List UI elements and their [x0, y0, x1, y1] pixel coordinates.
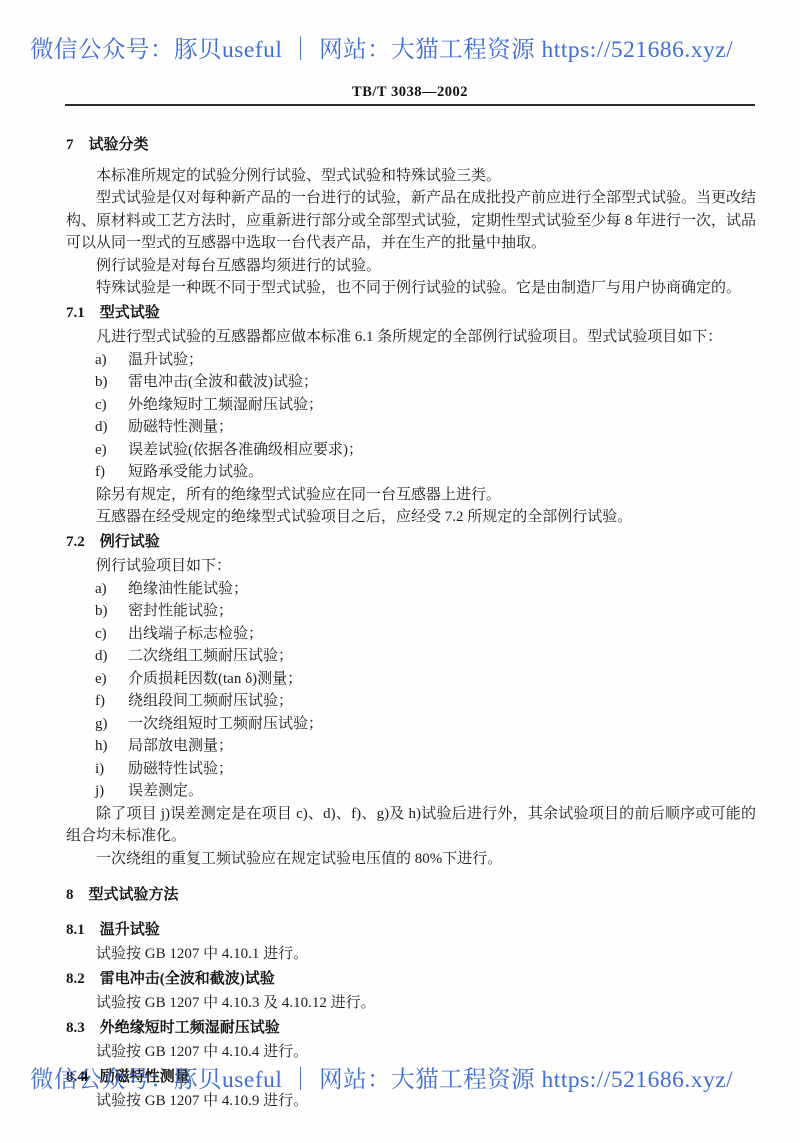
paragraph: 除另有规定，所有的绝缘型式试验应在同一台互感器上进行。: [66, 484, 756, 507]
list-marker: c): [95, 623, 128, 646]
paragraph: 例行试验项目如下：: [66, 555, 756, 578]
section-heading: 8.2 雷电冲击(全波和截波)试验: [66, 968, 756, 991]
list-item: i)励磁特性试验；: [66, 758, 756, 781]
list-marker: b): [95, 371, 128, 394]
section-heading: 7 试验分类: [66, 134, 756, 157]
list-item: a)温升试验；: [66, 349, 756, 372]
section-heading: 7.1 型式试验: [66, 302, 756, 325]
paragraph: 特殊试验是一种既不同于型式试验，也不同于例行试验的试验。它是由制造厂与用户协商确…: [66, 277, 756, 300]
list-item: e)误差试验(依据各准确级相应要求)；: [66, 439, 756, 462]
list-item-text: 介质损耗因数(tan δ)测量；: [128, 668, 756, 691]
paragraph: 试验按 GB 1207 中 4.10.3 及 4.10.12 进行。: [66, 992, 756, 1015]
list-marker: b): [95, 600, 128, 623]
list-item-text: 出线端子标志检验；: [128, 623, 756, 646]
list-marker: h): [95, 735, 128, 758]
list-marker: d): [95, 416, 128, 439]
list-item: g)一次绕组短时工频耐压试验；: [66, 713, 756, 736]
section-heading: 8.1 温升试验: [66, 919, 756, 942]
list-item-text: 励磁特性测量；: [128, 416, 756, 439]
list-item-text: 二次绕组工频耐压试验；: [128, 645, 756, 668]
list-item-text: 外绝缘短时工频湿耐压试验；: [128, 394, 756, 417]
paragraph: 本标准所规定的试验分例行试验、型式试验和特殊试验三类。: [66, 165, 756, 188]
list-marker: g): [95, 713, 128, 736]
list-marker: f): [95, 461, 128, 484]
list-item: d)二次绕组工频耐压试验；: [66, 645, 756, 668]
paragraph: 试验按 GB 1207 中 4.10.1 进行。: [66, 943, 756, 966]
section-heading: 8 型式试验方法: [66, 884, 756, 907]
list-item-text: 密封性能试验；: [128, 600, 756, 623]
list-item-text: 绝缘油性能试验；: [128, 578, 756, 601]
doc-code: TB/T 3038—2002: [65, 84, 755, 101]
list-marker: d): [95, 645, 128, 668]
paragraph: 互感器在经受规定的绝缘型式试验项目之后，应经受 7.2 所规定的全部例行试验。: [66, 506, 756, 529]
list-item: f)短路承受能力试验。: [66, 461, 756, 484]
list-item-text: 短路承受能力试验。: [128, 461, 756, 484]
list-item: e)介质损耗因数(tan δ)测量；: [66, 668, 756, 691]
list-item: j)误差测定。: [66, 780, 756, 803]
list-item-text: 一次绕组短时工频耐压试验；: [128, 713, 756, 736]
doc-body: 7 试验分类本标准所规定的试验分例行试验、型式试验和特殊试验三类。型式试验是仅对…: [66, 128, 756, 1113]
list-item-text: 雷电冲击(全波和截波)试验；: [128, 371, 756, 394]
list-marker: i): [95, 758, 128, 781]
paragraph: 除了项目 j)误差测定是在项目 c)、d)、f)、g)及 h)试验后进行外，其余…: [66, 803, 756, 848]
list-item: b)雷电冲击(全波和截波)试验；: [66, 371, 756, 394]
section-heading: 8.3 外绝缘短时工频湿耐压试验: [66, 1017, 756, 1040]
doc-header: TB/T 3038—2002: [65, 84, 755, 106]
list-item: c)出线端子标志检验；: [66, 623, 756, 646]
header-rule: [65, 104, 755, 106]
list-marker: j): [95, 780, 128, 803]
list-marker: e): [95, 439, 128, 462]
paragraph: 例行试验是对每台互感器均须进行的试验。: [66, 255, 756, 278]
watermark-top: 微信公众号：豚贝useful ｜ 网站：大猫工程资源 https://52168…: [30, 30, 774, 64]
list-item-text: 绕组段间工频耐压试验；: [128, 690, 756, 713]
section-heading: 7.2 例行试验: [66, 531, 756, 554]
list-marker: c): [95, 394, 128, 417]
list-marker: e): [95, 668, 128, 691]
watermark-bottom: 微信公众号：豚贝useful ｜ 网站：大猫工程资源 https://52168…: [30, 1060, 774, 1094]
list-item-text: 温升试验；: [128, 349, 756, 372]
list-marker: a): [95, 578, 128, 601]
list-item-text: 误差测定。: [128, 780, 756, 803]
list-item: d)励磁特性测量；: [66, 416, 756, 439]
paragraph: 型式试验是仅对每种新产品的一台进行的试验，新产品在成批投产前应进行全部型式试验。…: [66, 187, 756, 255]
list-marker: f): [95, 690, 128, 713]
document-page: 微信公众号：豚贝useful ｜ 网站：大猫工程资源 https://52168…: [0, 0, 800, 1143]
list-item-text: 局部放电测量；: [128, 735, 756, 758]
list-item: a)绝缘油性能试验；: [66, 578, 756, 601]
list-item: c)外绝缘短时工频湿耐压试验；: [66, 394, 756, 417]
list-item: h)局部放电测量；: [66, 735, 756, 758]
paragraph: 一次绕组的重复工频试验应在规定试验电压值的 80%下进行。: [66, 848, 756, 871]
list-item-text: 误差试验(依据各准确级相应要求)；: [128, 439, 756, 462]
list-item: f)绕组段间工频耐压试验；: [66, 690, 756, 713]
list-item: b)密封性能试验；: [66, 600, 756, 623]
paragraph: 凡进行型式试验的互感器都应做本标准 6.1 条所规定的全部例行试验项目。型式试验…: [66, 326, 756, 349]
list-item-text: 励磁特性试验；: [128, 758, 756, 781]
list-marker: a): [95, 349, 128, 372]
